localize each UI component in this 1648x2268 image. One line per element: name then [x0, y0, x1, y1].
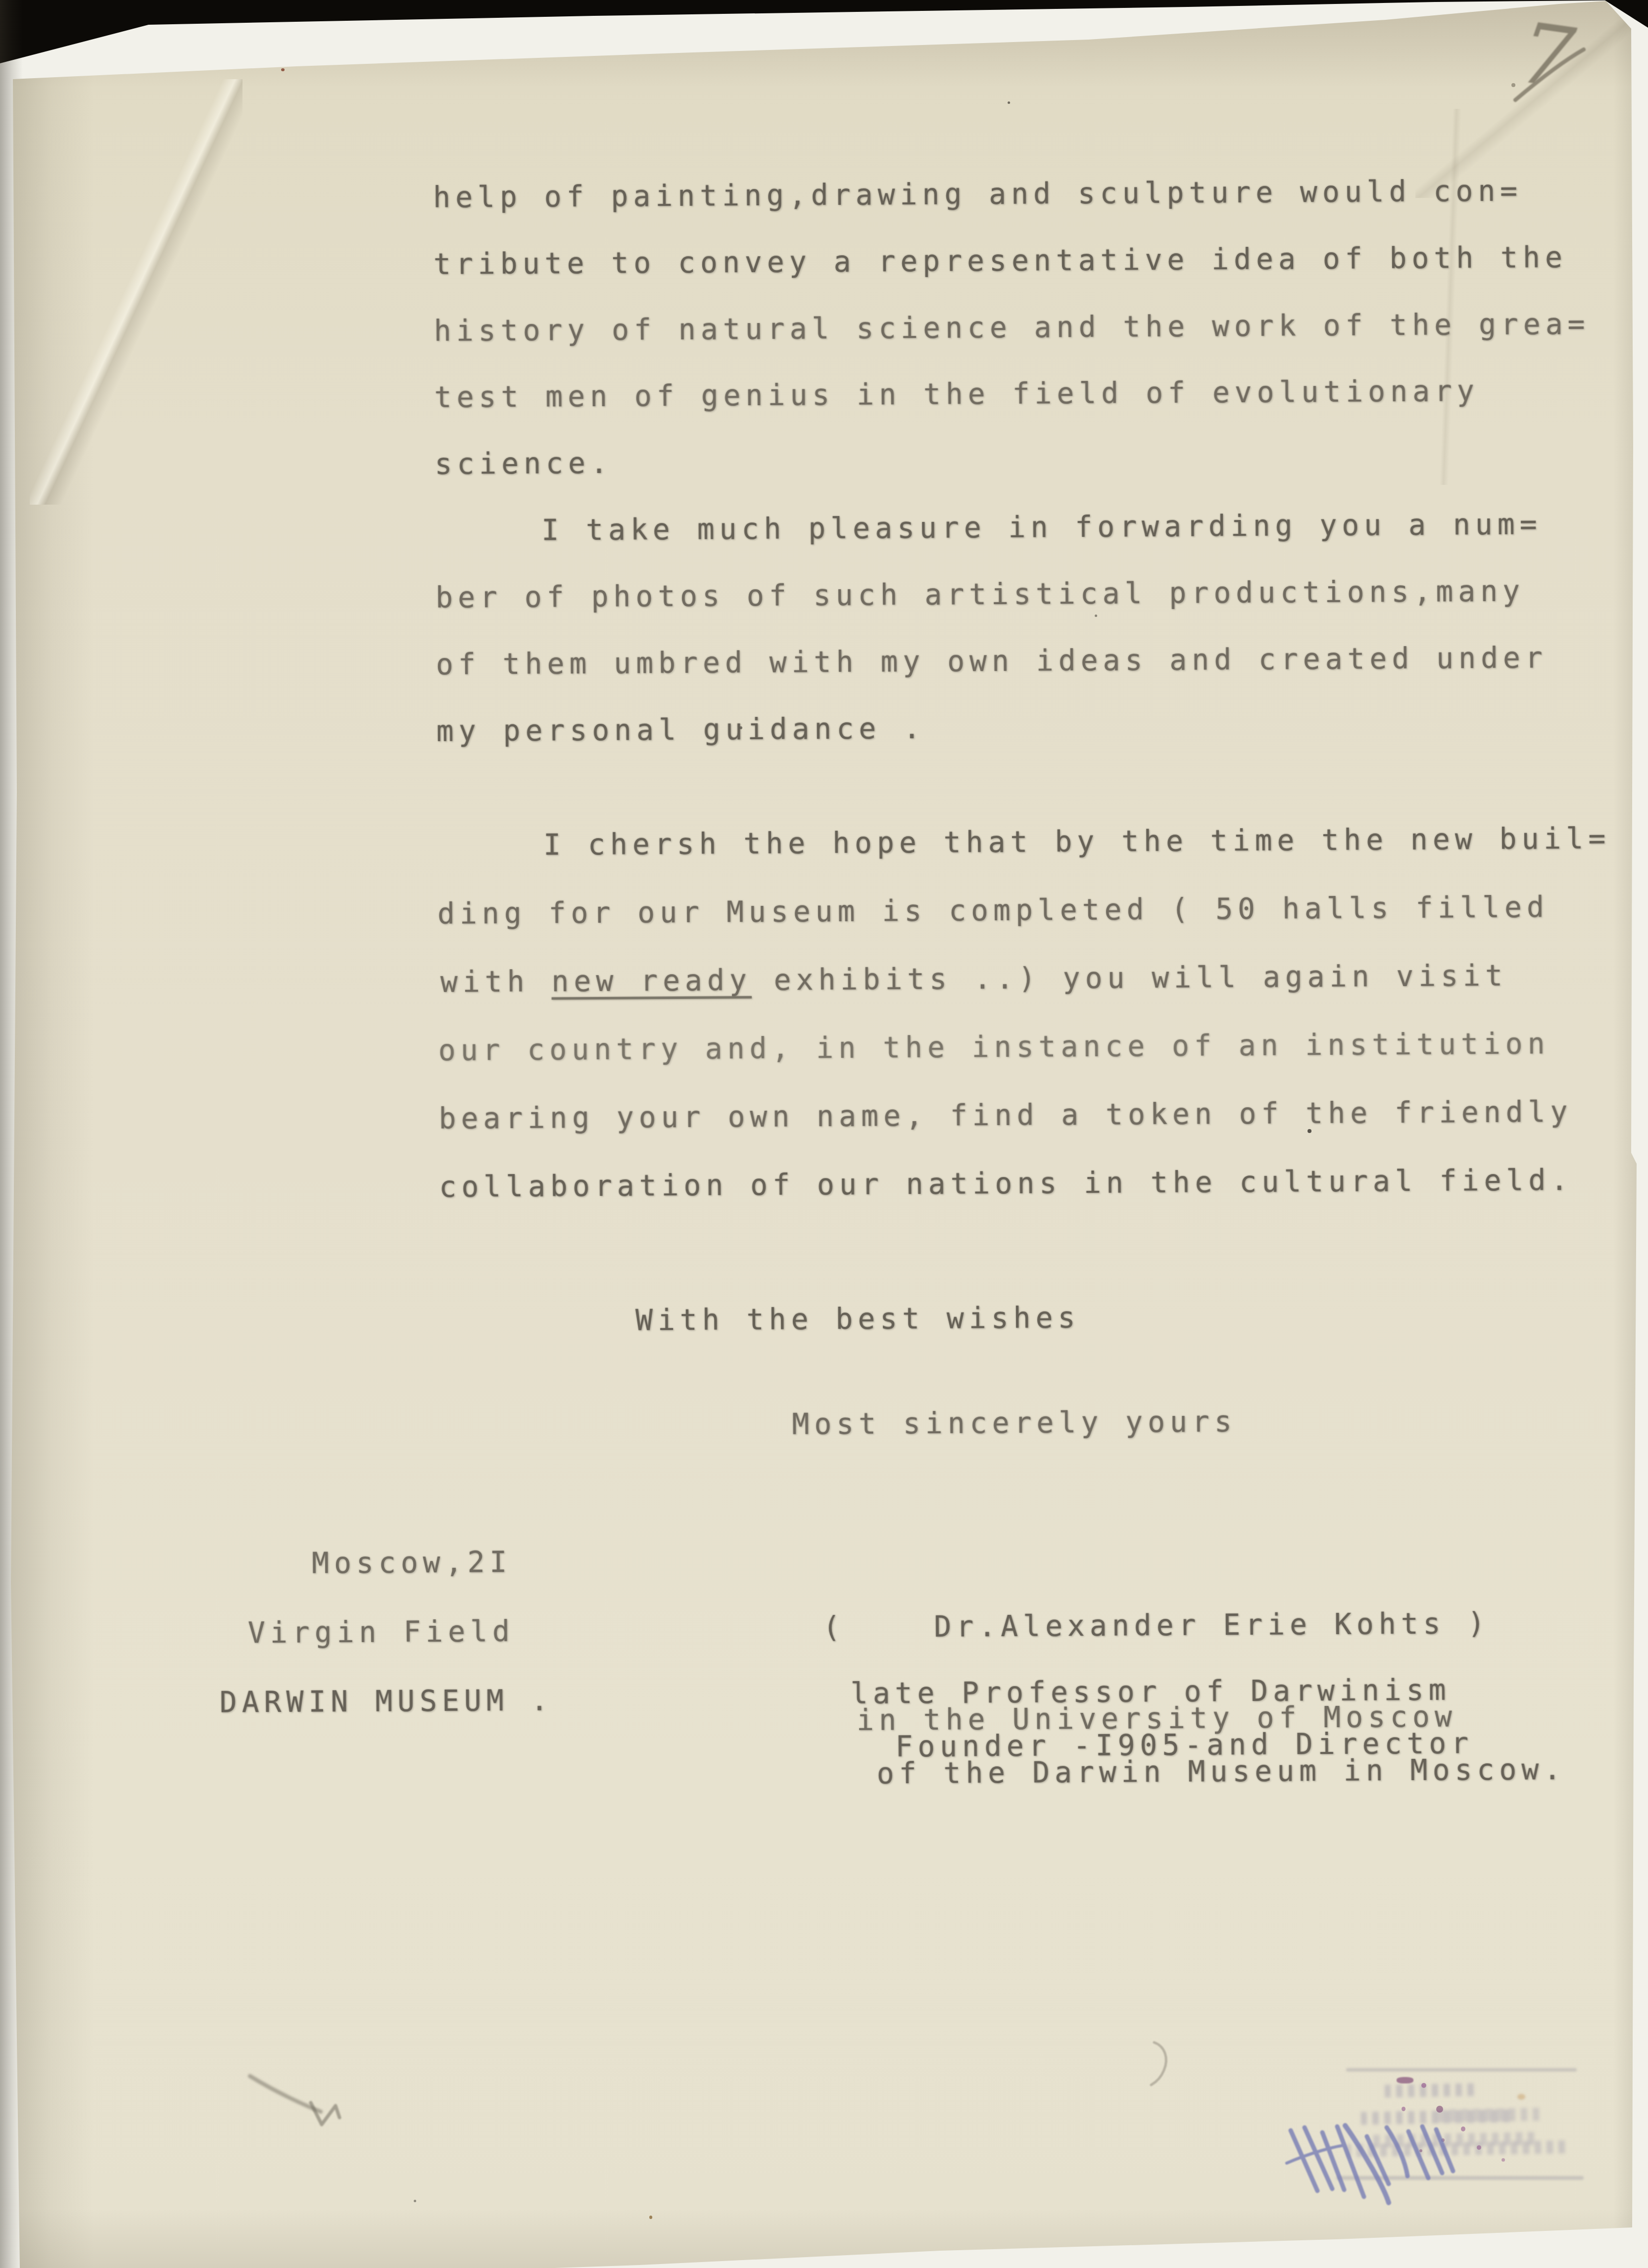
signature-title-line: of the Darwin Museum in Moscow.	[876, 1752, 1566, 1791]
closing-line: With the best wishes	[635, 1301, 1080, 1338]
sender-address-line: Virgin Field	[248, 1614, 515, 1651]
typed-line: science.	[435, 446, 613, 482]
signature-name: ( Dr.Alexander Erie Kohts )	[823, 1606, 1490, 1645]
stamp-edge-smear	[1336, 2176, 1584, 2180]
typed-line: I take much pleasure in forwarding you a…	[541, 507, 1542, 548]
ink-blot	[1421, 2083, 1426, 2088]
ink-blot	[1441, 2138, 1445, 2142]
ink-blot	[1397, 2077, 1413, 2083]
typed-text-layer: help of painting,drawing and sculpture w…	[0, 0, 1648, 2268]
typed-line: my personal guidance .	[436, 711, 925, 749]
typed-line: of them umbred with my own ideas and cre…	[436, 641, 1548, 682]
typed-line: I chersh the hope that by the time the n…	[543, 821, 1610, 862]
typed-line: history of natural science and the work …	[434, 307, 1590, 349]
typed-line: help of painting,drawing and sculpture w…	[433, 174, 1522, 215]
typed-line: bearing your own name, find a token of t…	[438, 1095, 1572, 1136]
letter-page: 7 help of painting,drawing and sculpture…	[0, 0, 1648, 2268]
stamp-text-row	[1435, 2108, 1539, 2123]
scanned-letter-screenshot: { "annotations": { "page_number": "7" },…	[0, 0, 1648, 2268]
typed-line: ber of photos of such artistical product…	[436, 574, 1525, 615]
stamp-text-row	[1385, 2083, 1474, 2097]
stamp-edge-smear	[1346, 2068, 1577, 2072]
typed-segment: exhibits ..) you will again visit	[751, 959, 1507, 997]
typed-line: collaboration of our nations in the cult…	[439, 1163, 1573, 1205]
typed-line: tribute to convey a representative idea …	[434, 240, 1567, 282]
typed-line: with new ready exhibits ..) you will aga…	[440, 959, 1508, 1000]
ink-blot	[1402, 2107, 1406, 2111]
sender-address-line: DARWIN MUSEUM .	[219, 1684, 553, 1720]
typed-line: ding for our Museum is completed ( 50 ha…	[437, 890, 1549, 931]
ink-blot	[1419, 2149, 1422, 2152]
ink-blot	[1502, 2158, 1505, 2162]
sender-address-line: Moscow,2I	[312, 1545, 512, 1581]
typed-segment: with	[440, 965, 552, 999]
ink-blot	[1461, 2126, 1465, 2131]
ink-blot	[1477, 2145, 1481, 2150]
underlined-phrase: new ready	[551, 963, 752, 998]
ink-blot	[1436, 2106, 1443, 2113]
typed-line: test men of genius in the field of evolu…	[434, 374, 1479, 415]
closing-line: Most sincerely yours	[792, 1405, 1237, 1442]
typed-line: our country and, in the instance of an i…	[438, 1027, 1550, 1068]
